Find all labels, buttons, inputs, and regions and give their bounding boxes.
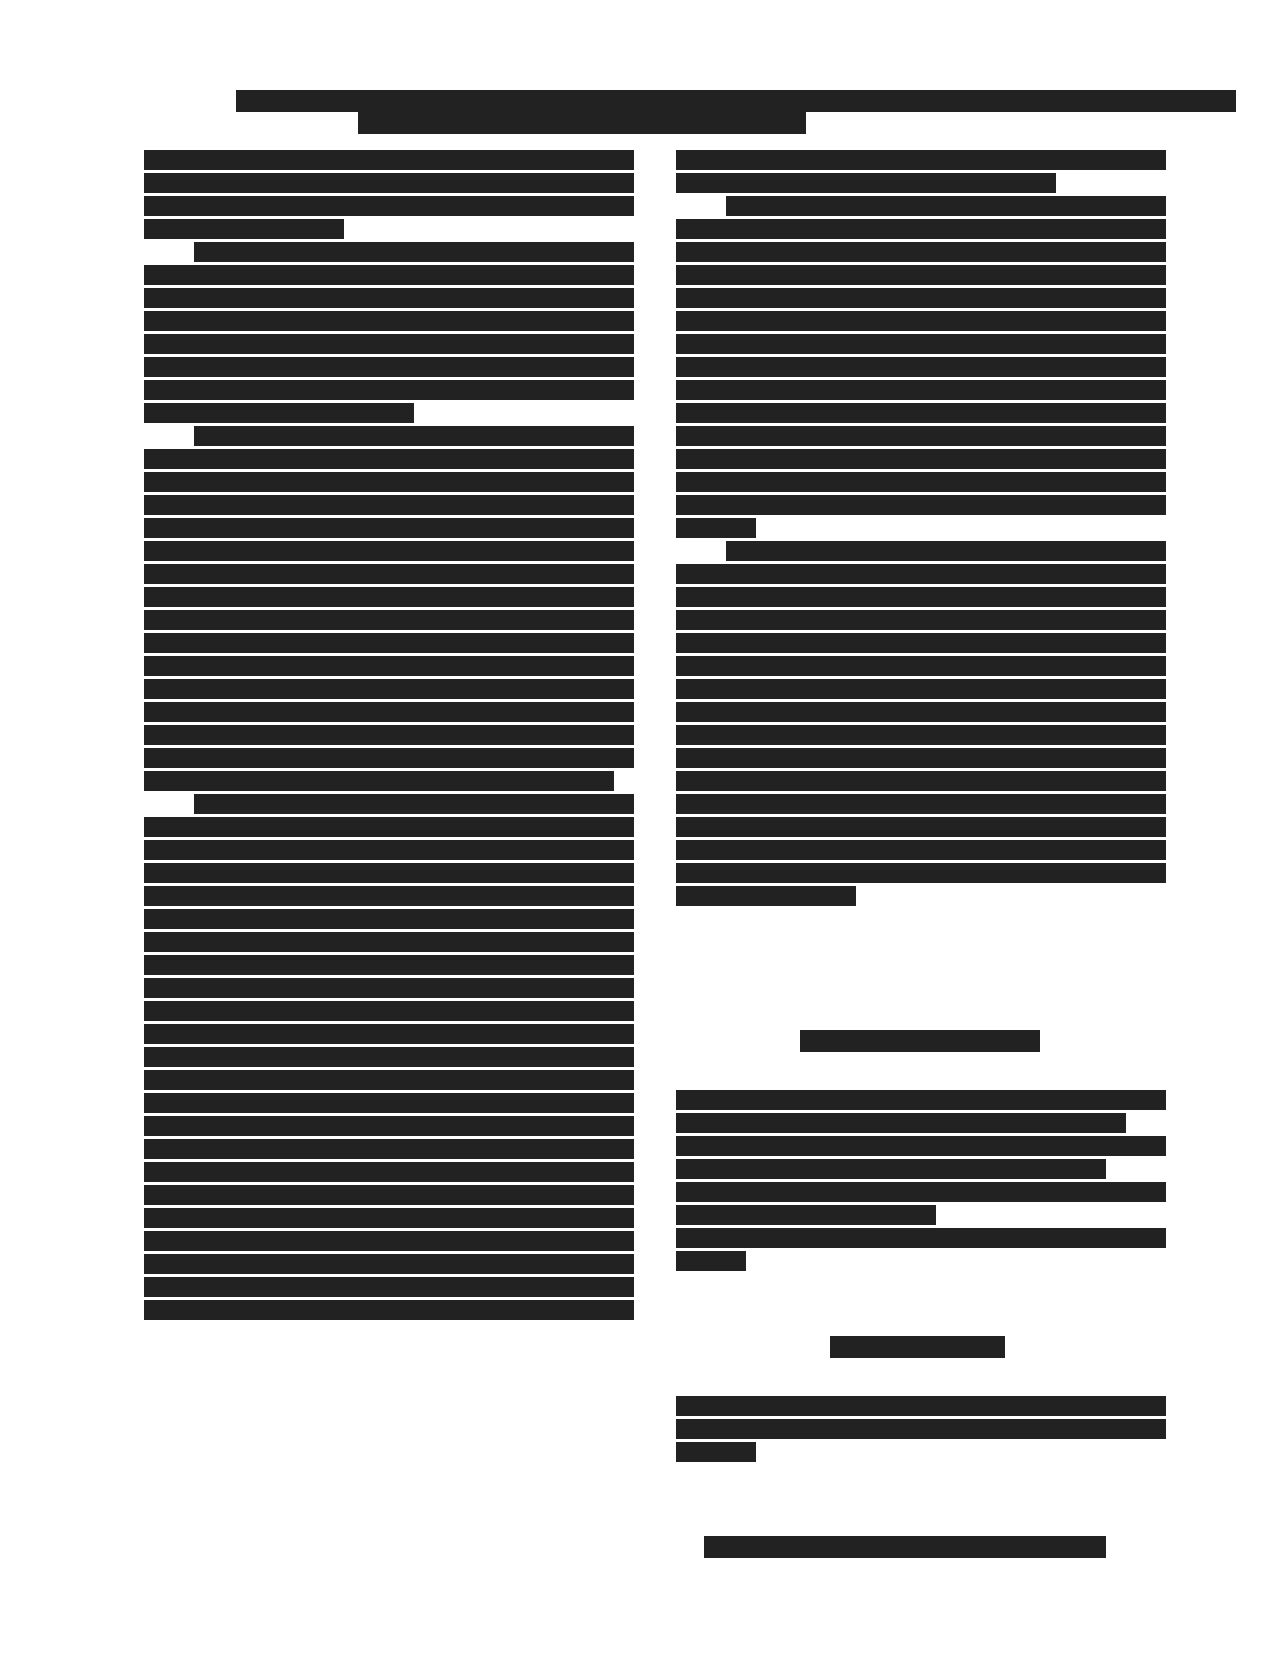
section-text-line xyxy=(676,1396,1166,1416)
right-column-text-line xyxy=(676,863,1166,883)
right-column-text-line xyxy=(676,403,1166,423)
section-heading xyxy=(830,1336,1005,1358)
left-column-text-line xyxy=(144,311,634,331)
right-column-text-line xyxy=(676,426,1166,446)
left-column-text-line xyxy=(144,932,634,952)
left-column-text-line xyxy=(144,1254,634,1274)
left-column-text-line xyxy=(144,380,634,400)
left-column-text-line xyxy=(144,472,634,492)
left-column-text-line xyxy=(144,886,634,906)
left-column-text-line xyxy=(144,1162,634,1182)
right-column-text-line xyxy=(676,725,1166,745)
right-column-text-line xyxy=(676,472,1166,492)
title-line xyxy=(236,90,1236,112)
right-column-text-line xyxy=(676,311,1166,331)
left-column-text-line xyxy=(144,817,634,837)
left-column-text-line xyxy=(144,863,634,883)
left-column-text-line xyxy=(144,725,634,745)
left-column-text-line xyxy=(144,173,634,193)
right-column-text-line xyxy=(676,748,1166,768)
right-column-text-line xyxy=(676,357,1166,377)
section-text-line xyxy=(676,1182,1166,1202)
right-column-text-line xyxy=(676,288,1166,308)
left-column-text-line xyxy=(144,1093,634,1113)
section-text-line xyxy=(676,1251,746,1271)
left-column-text-line xyxy=(144,495,634,515)
right-column-text-line xyxy=(676,242,1166,262)
section-heading xyxy=(800,1030,1040,1052)
right-column-text-line xyxy=(676,587,1166,607)
left-column-text-line xyxy=(144,748,634,768)
left-column-text-line xyxy=(144,288,634,308)
left-column-text-line xyxy=(144,1047,634,1067)
right-column-text-line xyxy=(726,541,1166,561)
right-column-text-line xyxy=(676,150,1166,170)
right-column-text-line xyxy=(676,794,1166,814)
right-column-text-line xyxy=(676,265,1166,285)
left-column-text-line xyxy=(144,150,634,170)
left-column-text-line xyxy=(144,633,634,653)
right-column-text-line xyxy=(676,702,1166,722)
right-column-text-line xyxy=(676,380,1166,400)
left-column-text-line xyxy=(144,679,634,699)
section-text-line xyxy=(676,1090,1166,1110)
right-column-text-line xyxy=(676,633,1166,653)
title-line xyxy=(358,112,806,134)
left-column-text-line xyxy=(144,265,634,285)
left-column-text-line xyxy=(144,357,634,377)
left-column-text-line xyxy=(144,1277,634,1297)
left-column-text-line xyxy=(144,196,634,216)
right-column-text-line xyxy=(676,817,1166,837)
left-column-text-line xyxy=(144,1116,634,1136)
left-column-text-line xyxy=(144,564,634,584)
left-column-text-line xyxy=(144,1231,634,1251)
left-column-text-line xyxy=(144,656,634,676)
left-column-text-line xyxy=(144,518,634,538)
left-column-text-line xyxy=(144,1070,634,1090)
left-column-text-line xyxy=(144,1208,634,1228)
right-column-text-line xyxy=(676,518,756,538)
left-column-text-line xyxy=(144,334,634,354)
right-column-text-line xyxy=(676,679,1166,699)
right-column-text-line xyxy=(676,886,856,906)
right-column-text-line xyxy=(676,219,1166,239)
right-column-text-line xyxy=(676,173,1056,193)
left-column-text-line xyxy=(144,449,634,469)
left-column-text-line xyxy=(144,1024,634,1044)
left-column-text-line xyxy=(144,1139,634,1159)
right-column-text-line xyxy=(676,840,1166,860)
left-column-text-line xyxy=(144,1300,634,1320)
right-column-text-line xyxy=(676,449,1166,469)
left-column-text-line xyxy=(144,1185,634,1205)
section-text-line xyxy=(676,1442,756,1462)
left-column-text-line xyxy=(144,702,634,722)
section-text-line xyxy=(676,1228,1166,1248)
left-column-text-line xyxy=(144,840,634,860)
footer-line xyxy=(704,1536,1106,1558)
left-column-text-line xyxy=(194,426,634,446)
section-text-line xyxy=(676,1113,1126,1133)
left-column-text-line xyxy=(144,610,634,630)
right-column-text-line xyxy=(676,610,1166,630)
section-text-line xyxy=(676,1205,936,1225)
section-text-line xyxy=(676,1136,1166,1156)
right-column-text-line xyxy=(676,495,1166,515)
left-column-text-line xyxy=(194,242,634,262)
right-column-text-line xyxy=(676,334,1166,354)
right-column-text-line xyxy=(676,771,1166,791)
right-column-text-line xyxy=(726,196,1166,216)
right-column-text-line xyxy=(676,656,1166,676)
left-column-text-line xyxy=(144,909,634,929)
left-column-text-line xyxy=(144,587,634,607)
section-text-line xyxy=(676,1159,1106,1179)
left-column-text-line xyxy=(144,978,634,998)
left-column-text-line xyxy=(194,794,634,814)
left-column-text-line xyxy=(144,1001,634,1021)
right-column-text-line xyxy=(676,564,1166,584)
section-text-line xyxy=(676,1419,1166,1439)
left-column-text-line xyxy=(144,541,634,561)
left-column-text-line xyxy=(144,403,414,423)
left-column-text-line xyxy=(144,219,344,239)
left-column-text-line xyxy=(144,955,634,975)
left-column-text-line xyxy=(144,771,614,791)
